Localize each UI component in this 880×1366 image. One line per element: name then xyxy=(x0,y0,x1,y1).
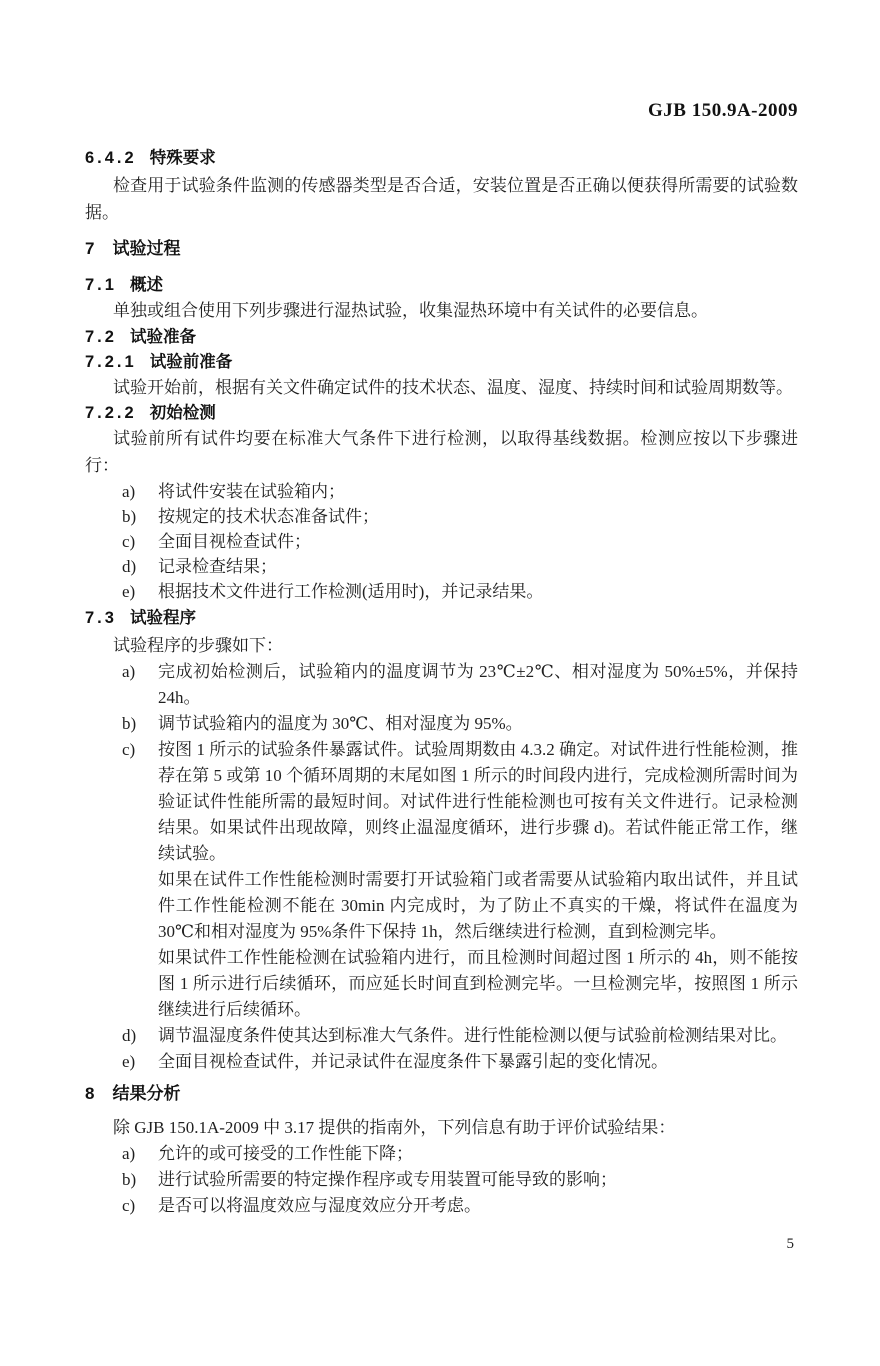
list-item-text-continuation: 如果试件工作性能检测在试验箱内进行，而且检测时间超过图 1 所示的 4h，则不能… xyxy=(158,945,798,1023)
list-marker: b) xyxy=(122,711,158,737)
heading-chapter-8: 8结果分析 xyxy=(85,1081,798,1106)
list-item-text: 进行试验所需要的特定操作程序或专用装置可能导致的影响； xyxy=(158,1167,798,1193)
heading-title: 结果分析 xyxy=(112,1084,180,1103)
heading-title: 试验过程 xyxy=(112,239,180,258)
list-item-text: 将试件安装在试验箱内； xyxy=(158,479,798,504)
list-item: d) 记录检查结果； xyxy=(85,554,798,579)
list-marker: b) xyxy=(122,1167,158,1193)
list-marker: a) xyxy=(122,479,158,504)
heading-title: 试验程序 xyxy=(130,609,196,627)
list-item: c) 全面目视检查试件； xyxy=(85,529,798,554)
heading-number: 7.2.2 xyxy=(85,404,137,422)
list-8: a) 允许的或可接受的工作性能下降； b) 进行试验所需要的特定操作程序或专用装… xyxy=(85,1141,798,1219)
heading-7-2-1: 7.2.1试验前准备 xyxy=(85,350,798,374)
heading-7-2-2: 7.2.2初始检测 xyxy=(85,401,798,425)
heading-title: 试验前准备 xyxy=(150,353,233,371)
list-item: b) 按规定的技术状态准备试件； xyxy=(85,504,798,529)
list-item-text: 全面目视检查试件； xyxy=(158,529,798,554)
heading-number: 7 xyxy=(85,239,94,258)
list-marker: a) xyxy=(122,1141,158,1167)
paragraph-7-3: 试验程序的步骤如下： xyxy=(85,632,798,659)
list-item-text: 记录检查结果； xyxy=(158,554,798,579)
list-item: b) 调节试验箱内的温度为 30℃、相对湿度为 95%。 xyxy=(85,711,798,737)
heading-title: 初始检测 xyxy=(150,404,216,422)
heading-6-4-2: 6.4.2特殊要求 xyxy=(85,146,798,170)
list-item-text-continuation: 如果在试件工作性能检测时需要打开试验箱门或者需要从试验箱内取出试件，并且试件工作… xyxy=(158,867,798,945)
list-marker: b) xyxy=(122,504,158,529)
list-item: a) 将试件安装在试验箱内； xyxy=(85,479,798,504)
list-item: b) 进行试验所需要的特定操作程序或专用装置可能导致的影响； xyxy=(85,1167,798,1193)
list-marker: c) xyxy=(122,1193,158,1219)
paragraph-6-4-2: 检查用于试验条件监测的传感器类型是否合适，安装位置是否正确以便获得所需要的试验数… xyxy=(85,172,798,226)
heading-title: 概述 xyxy=(130,276,163,294)
list-item: a) 允许的或可接受的工作性能下降； xyxy=(85,1141,798,1167)
paragraph-7-2-2: 试验前所有试件均要在标准大气条件下进行检测，以取得基线数据。检测应按以下步骤进行… xyxy=(85,425,798,479)
heading-7-1: 7.1概述 xyxy=(85,273,798,297)
list-item: d) 调节温湿度条件使其达到标准大气条件。进行性能检测以便与试验前检测结果对比。 xyxy=(85,1023,798,1049)
list-item-text: 调节试验箱内的温度为 30℃、相对湿度为 95%。 xyxy=(158,711,798,737)
heading-title: 试验准备 xyxy=(130,328,196,346)
list-item-text: 按图 1 所示的试验条件暴露试件。试验周期数由 4.3.2 确定。对试件进行性能… xyxy=(158,737,798,1023)
heading-number: 8 xyxy=(85,1084,94,1103)
list-item: a) 完成初始检测后，试验箱内的温度调节为 23℃±2℃、相对湿度为 50%±5… xyxy=(85,659,798,711)
list-marker: c) xyxy=(122,737,158,763)
list-marker: d) xyxy=(122,1023,158,1049)
list-marker: d) xyxy=(122,554,158,579)
list-item-text: 是否可以将温度效应与湿度效应分开考虑。 xyxy=(158,1193,798,1219)
heading-number: 7.1 xyxy=(85,276,117,294)
list-item: e) 根据技术文件进行工作检测(适用时)，并记录结果。 xyxy=(85,579,798,604)
list-marker: c) xyxy=(122,529,158,554)
list-item-text: 根据技术文件进行工作检测(适用时)，并记录结果。 xyxy=(158,579,798,604)
heading-7-3: 7.3试验程序 xyxy=(85,606,798,630)
heading-chapter-7: 7试验过程 xyxy=(85,236,798,261)
paragraph-7-1: 单独或组合使用下列步骤进行湿热试验，收集湿热环境中有关试件的必要信息。 xyxy=(85,297,798,324)
list-item: e) 全面目视检查试件，并记录试件在湿度条件下暴露引起的变化情况。 xyxy=(85,1049,798,1075)
list-item-text: 按规定的技术状态准备试件； xyxy=(158,504,798,529)
list-item: c) 按图 1 所示的试验条件暴露试件。试验周期数由 4.3.2 确定。对试件进… xyxy=(85,737,798,1023)
heading-number: 7.3 xyxy=(85,609,117,627)
list-7-3: a) 完成初始检测后，试验箱内的温度调节为 23℃±2℃、相对湿度为 50%±5… xyxy=(85,659,798,1075)
list-7-2-2: a) 将试件安装在试验箱内； b) 按规定的技术状态准备试件； c) 全面目视检… xyxy=(85,479,798,604)
list-item-text: 允许的或可接受的工作性能下降； xyxy=(158,1141,798,1167)
list-marker: a) xyxy=(122,659,158,685)
list-item-text: 全面目视检查试件，并记录试件在湿度条件下暴露引起的变化情况。 xyxy=(158,1049,798,1075)
heading-7-2: 7.2试验准备 xyxy=(85,325,798,349)
document-page: GJB 150.9A-2009 6.4.2特殊要求 检查用于试验条件监测的传感器… xyxy=(0,0,880,1366)
paragraph-7-2-1: 试验开始前，根据有关文件确定试件的技术状态、温度、湿度、持续时间和试验周期数等。 xyxy=(85,374,798,401)
page-number: 5 xyxy=(787,1236,795,1253)
list-item-text-main: 按图 1 所示的试验条件暴露试件。试验周期数由 4.3.2 确定。对试件进行性能… xyxy=(158,737,798,867)
heading-number: 6.4.2 xyxy=(85,149,137,167)
heading-number: 7.2 xyxy=(85,328,117,346)
heading-title: 特殊要求 xyxy=(150,149,216,167)
list-marker: e) xyxy=(122,1049,158,1075)
list-marker: e) xyxy=(122,579,158,604)
doc-number: GJB 150.9A-2009 xyxy=(85,98,798,124)
paragraph-8: 除 GJB 150.1A-2009 中 3.17 提供的指南外，下列信息有助于评… xyxy=(85,1114,798,1141)
list-item-text: 完成初始检测后，试验箱内的温度调节为 23℃±2℃、相对湿度为 50%±5%，并… xyxy=(158,659,798,711)
list-item: c) 是否可以将温度效应与湿度效应分开考虑。 xyxy=(85,1193,798,1219)
heading-number: 7.2.1 xyxy=(85,353,137,371)
list-item-text: 调节温湿度条件使其达到标准大气条件。进行性能检测以便与试验前检测结果对比。 xyxy=(158,1023,798,1049)
